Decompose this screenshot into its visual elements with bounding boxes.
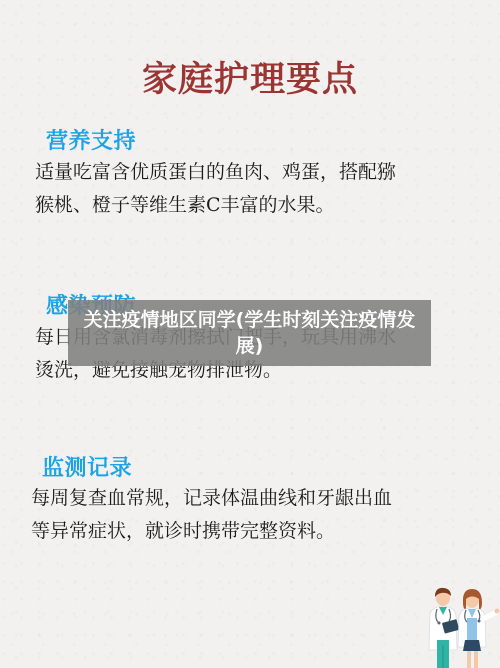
section-heading-monitoring: 监测记录 [42,451,132,482]
body-line: 适量吃富含优质蛋白的鱼肉、鸡蛋，搭配猕 [35,156,465,189]
body-line: 猴桃、橙子等维生素C丰富的水果。 [35,189,465,222]
doctors-illustration-icon [425,585,500,668]
page-title: 家庭护理要点 [0,52,500,102]
body-line: 每周复查血常规，记录体温曲线和牙龈出血 [31,482,461,515]
body-line: 等异常症状，就诊时携带完整资料。 [31,515,461,548]
caption-overlay: 关注疫情地区同学(学生时刻关注疫情发展) [68,300,431,366]
section-body-monitoring: 每周复查血常规，记录体温曲线和牙龈出血 等异常症状，就诊时携带完整资料。 [31,482,461,548]
caption-overlay-text: 关注疫情地区同学(学生时刻关注疫情发展) [78,307,421,359]
section-body-nutrition: 适量吃富含优质蛋白的鱼肉、鸡蛋，搭配猕 猴桃、橙子等维生素C丰富的水果。 [35,156,465,222]
section-heading-nutrition: 营养支持 [46,124,136,155]
